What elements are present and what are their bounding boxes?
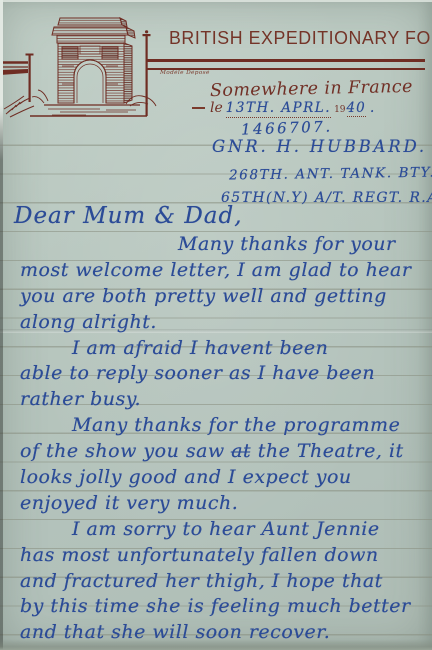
letter-line: able to reply sooner as I have been (8, 361, 429, 387)
arc-de-triomphe-illustration (0, 6, 158, 120)
salutation: Dear Mum & Dad, (8, 201, 429, 232)
letterhead-title: BRITISH EXPEDITIONARY FORCE (169, 27, 432, 49)
date-written-year: 40 (347, 100, 366, 117)
printed-line-fragment (192, 107, 205, 109)
date-prefix: le (210, 100, 223, 116)
date-handwritten: 13TH. APRL. (226, 100, 331, 118)
letter-line: and fractured her thigh, I hope that (8, 569, 429, 595)
date-printed-year: 19 (334, 105, 345, 115)
letter-body: Dear Mum & Dad, Many thanks for your mos… (8, 201, 429, 646)
letter-line: I am afraid I havent been (8, 336, 429, 362)
paper-edge-top (0, 0, 432, 2)
sender-unit-battery: 268TH. ANT. TANK. BTY. (229, 165, 432, 184)
letter-line: rather busy. (8, 387, 429, 413)
service-number: 1466707. (241, 117, 333, 138)
letter-line: Many thanks for the programme (8, 413, 429, 439)
letterhead-motto: Somewhere in France (210, 77, 413, 101)
paper-edge-bottom (0, 639, 432, 650)
letter-line: you are both pretty well and getting (8, 284, 429, 310)
paper-edge-left (0, 0, 3, 650)
letter-line: of the show you saw a̶t̶ the Theatre, it (8, 439, 429, 465)
letter-line: by this time she is feeling much better (8, 594, 429, 620)
letter-line: Many thanks for your (8, 232, 429, 258)
date-line: le13TH. APRL.1940 . (192, 100, 374, 116)
letter-line: has most unfortunately fallen down (8, 543, 429, 569)
sender-rank-name: GNR. H. HUBBARD. (212, 137, 427, 156)
letter-line: looks jolly good and I expect you (8, 465, 429, 491)
registered-design-mark: Modèle Déposé (160, 69, 210, 75)
letter-line: enjoyed it very much. (8, 491, 429, 517)
date-suffix: . (366, 100, 375, 116)
letter-page: BRITISH EXPEDITIONARY FORCE Modèle Dépos… (0, 0, 432, 650)
letter-line: I am sorry to hear Aunt Jennie (8, 517, 429, 543)
letter-line: along alright. (8, 310, 429, 336)
letter-line: most welcome letter, I am glad to hear (8, 258, 429, 284)
